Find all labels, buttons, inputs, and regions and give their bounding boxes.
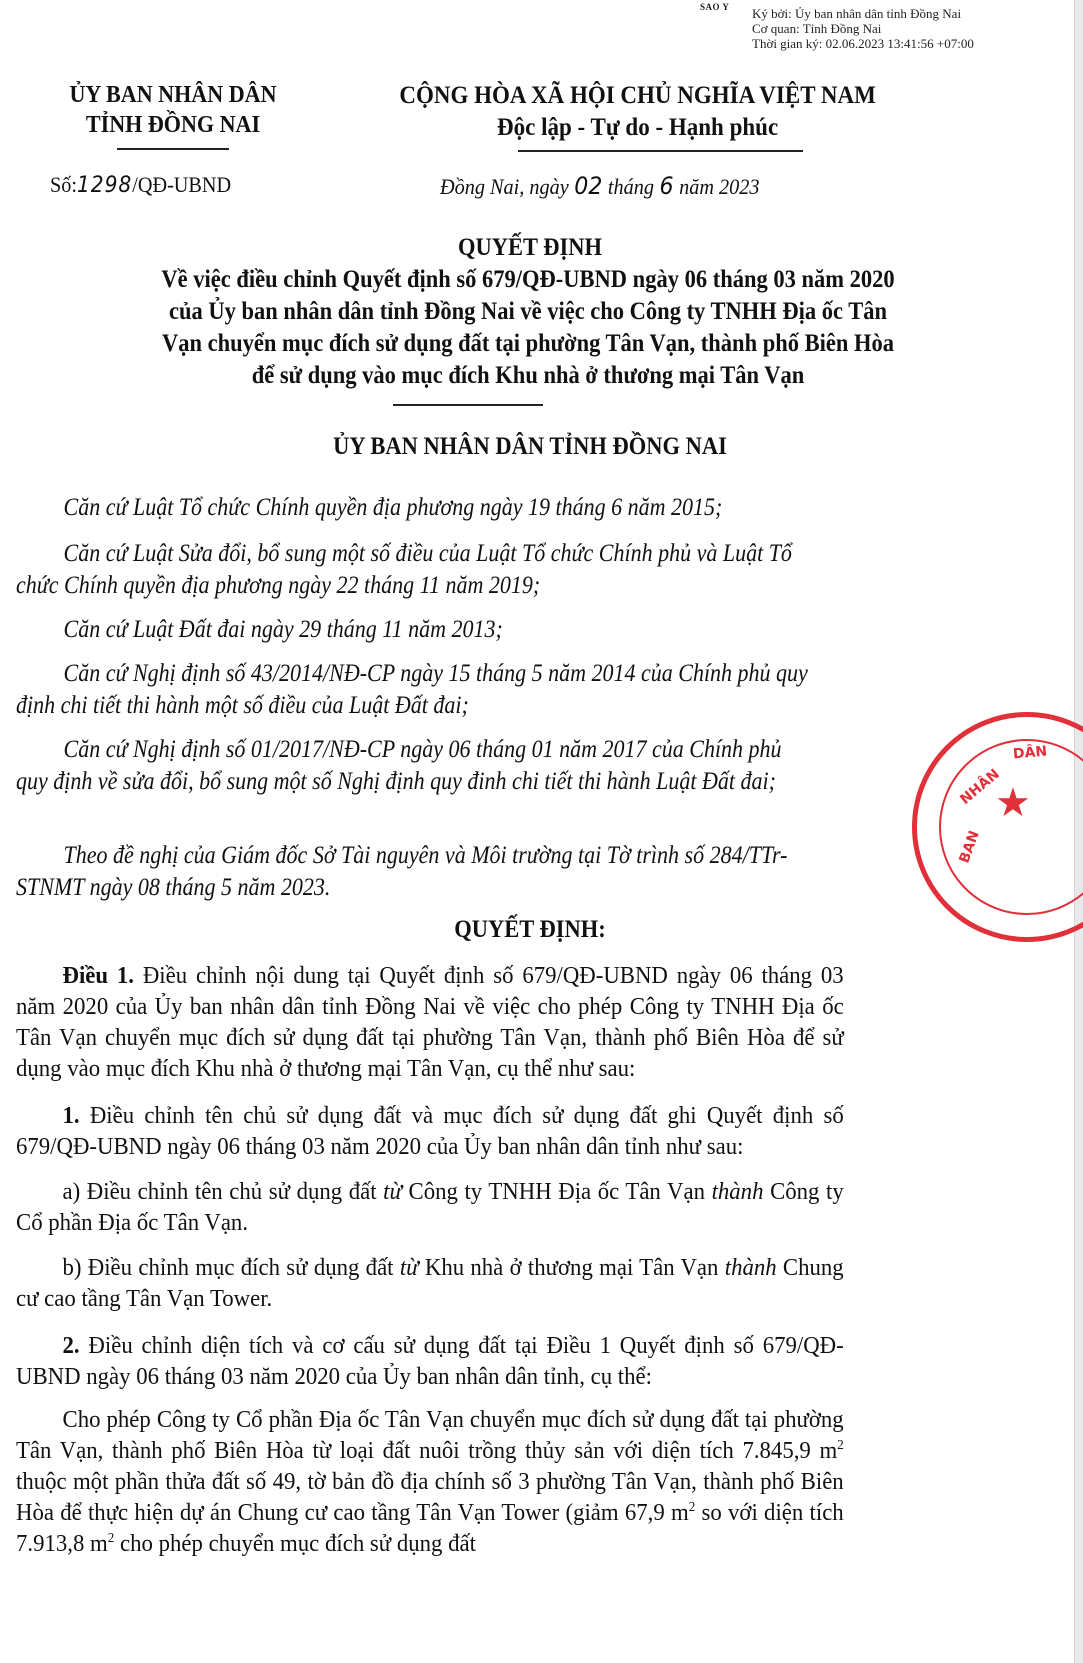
item-1b: b) Điều chỉnh mục đích sử dụng đất từ Kh… — [16, 1252, 844, 1314]
number-prefix: Số: — [50, 172, 77, 197]
legal-basis-4: Căn cứ Nghị định số 43/2014/NĐ-CP ngày 1… — [16, 658, 808, 722]
item-1: 1. Điều chỉnh tên chủ sử dụng đất và mục… — [16, 1100, 844, 1162]
legal-basis-5: Căn cứ Nghị định số 01/2017/NĐ-CP ngày 0… — [16, 734, 808, 798]
handwritten-number: 1298 — [77, 173, 132, 198]
seal-inner-ring — [939, 739, 1083, 915]
item-1-text: Điều chỉnh tên chủ sử dụng đất và mục đí… — [16, 1102, 844, 1160]
item-1-label: 1. — [63, 1102, 80, 1129]
item-2-text: Điều chỉnh diện tích và cơ cấu sử dụng đ… — [16, 1332, 844, 1390]
signing-agency: Cơ quan: Tỉnh Đồng Nai — [752, 21, 974, 36]
item-1a-middle: Công ty TNHH Địa ốc Tân Vạn — [409, 1178, 705, 1205]
legal-basis-3: Căn cứ Luật Đất đai ngày 29 tháng 11 năm… — [16, 614, 808, 646]
title-underline — [393, 404, 543, 406]
official-red-seal: BAN NHÂN DÂN ★ — [912, 712, 1083, 942]
document-number: Số:1298/QĐ-UBND — [50, 172, 231, 198]
signed-by: Ký bởi: Ủy ban nhân dân tỉnh Đồng Nai — [752, 6, 974, 21]
decision-heading: QUYẾT ĐỊNH: — [80, 916, 980, 944]
issue-date: Đồng Nai, ngày02tháng6năm 2023 — [440, 172, 760, 200]
article-1-text: Điều chỉnh nội dung tại Quyết định số 67… — [16, 962, 844, 1082]
item-1b-prefix: b) Điều chỉnh mục đích sử dụng đất — [63, 1254, 394, 1281]
seal-text: DÂN — [1012, 744, 1047, 763]
issuer-underline — [117, 148, 229, 150]
item-1a-prefix: a) Điều chỉnh tên chủ sử dụng đất — [63, 1178, 377, 1205]
issuer-line-2: TỈNH ĐỒNG NAI — [49, 110, 297, 140]
seal-star-icon: ★ — [995, 779, 1031, 826]
authority-heading: ỦY BAN NHÂN DÂN TỈNH ĐỒNG NAI — [80, 433, 980, 461]
signing-time: Thời gian ký: 02.06.2023 13:41:56 +07:00 — [752, 36, 974, 51]
national-header: CỘNG HÒA XÃ HỘI CHỦ NGHĨA VIỆT NAM Độc l… — [380, 80, 895, 144]
item-1a-from: từ — [383, 1178, 402, 1205]
legal-basis-6: Theo đề nghị của Giám đốc Sở Tài nguyên … — [16, 840, 808, 904]
digital-signature-block: SAO Y Ký bởi: Ủy ban nhân dân tỉnh Đồng … — [752, 6, 974, 51]
article-1-label: Điều 1. — [63, 962, 134, 989]
issuer-header: ỦY BAN NHÂN DÂN TỈNH ĐỒNG NAI — [49, 80, 297, 140]
item-2-label: 2. — [63, 1332, 80, 1359]
subtitle-line: Vạn chuyển mục đích sử dụng đất tại phườ… — [69, 328, 987, 360]
item-1b-middle: Khu nhà ở thương mại Tân Vạn — [425, 1254, 719, 1281]
item-2-body: Cho phép Công ty Cổ phần Địa ốc Tân Vạn … — [16, 1404, 844, 1559]
date-month: 6 — [654, 172, 679, 200]
issuer-line-1: ỦY BAN NHÂN DÂN — [49, 80, 297, 110]
date-month-label: tháng — [608, 174, 654, 199]
date-prefix: Đồng Nai, ngày — [440, 174, 569, 199]
item-1b-from: từ — [400, 1254, 419, 1281]
date-year: năm 2023 — [679, 174, 759, 199]
area-unit-exponent: 2 — [837, 1438, 844, 1453]
nation-motto: Độc lập - Tự do - Hạnh phúc — [380, 112, 895, 144]
item-2-body-part: Cho phép Công ty Cổ phần Địa ốc Tân Vạn … — [16, 1406, 844, 1464]
motto-underline — [518, 150, 803, 152]
subtitle-line: Về việc điều chỉnh Quyết định số 679/QĐ-… — [69, 264, 987, 296]
item-1b-to: thành — [725, 1254, 777, 1281]
article-1: Điều 1. Điều chỉnh nội dung tại Quyết đị… — [16, 960, 844, 1084]
item-2-body-part: cho phép chuyển mục đích sử dụng đất — [114, 1530, 476, 1557]
item-1a-to: thành — [712, 1178, 764, 1205]
copy-stamp-label: SAO Y — [700, 0, 729, 15]
nation-line-1: CỘNG HÒA XÃ HỘI CHỦ NGHĨA VIỆT NAM — [380, 80, 895, 112]
document-subtitle: Về việc điều chỉnh Quyết định số 679/QĐ-… — [69, 264, 987, 392]
date-day: 02 — [569, 172, 608, 200]
legal-basis-1: Căn cứ Luật Tổ chức Chính quyền địa phươ… — [16, 492, 808, 524]
subtitle-line: của Ủy ban nhân dân tỉnh Đồng Nai về việ… — [69, 296, 987, 328]
item-2: 2. Điều chỉnh diện tích và cơ cấu sử dụn… — [16, 1330, 844, 1392]
number-suffix: /QĐ-UBND — [132, 172, 231, 197]
subtitle-line: để sử dụng vào mục đích Khu nhà ở thương… — [69, 360, 987, 392]
legal-basis-2: Căn cứ Luật Sửa đổi, bổ sung một số điều… — [16, 538, 808, 602]
document-title: QUYẾT ĐỊNH — [80, 232, 980, 264]
item-1a: a) Điều chỉnh tên chủ sử dụng đất từ Côn… — [16, 1176, 844, 1238]
